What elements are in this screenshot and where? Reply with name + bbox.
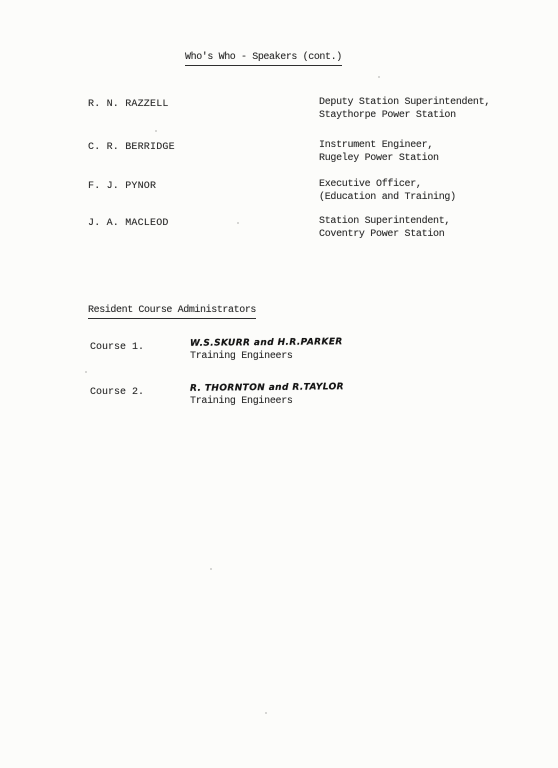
handwritten-names: W.S.SKURR and H.R.PARKER: [190, 337, 343, 349]
role-line-1: Station Superintendent,: [319, 216, 450, 229]
course-role: Training Engineers: [190, 396, 293, 407]
role-line-2: (Education and Training): [319, 192, 456, 205]
scan-speck: [85, 371, 87, 373]
speaker-role: Station Superintendent, Coventry Power S…: [319, 216, 450, 241]
speaker-role: Instrument Engineer, Rugeley Power Stati…: [319, 140, 439, 165]
speaker-role: Executive Officer, (Education and Traini…: [319, 179, 456, 204]
role-line-2: Coventry Power Station: [319, 229, 450, 242]
role-line-1: Deputy Station Superintendent,: [319, 97, 490, 110]
course-row: Course 1. W.S.SKURR and H.R.PARKER Train…: [90, 338, 510, 364]
role-line-2: Staythorpe Power Station: [319, 110, 490, 123]
scan-speck: [265, 712, 267, 714]
course-label: Course 1.: [90, 342, 144, 353]
administrators-heading: Resident Course Administrators: [88, 305, 256, 319]
role-line-1: Instrument Engineer,: [319, 140, 439, 153]
scan-speck: [155, 130, 157, 132]
course-role: Training Engineers: [190, 351, 293, 362]
speaker-name: R. N. RAZZELL: [88, 99, 169, 110]
course-row: Course 2. R. THORNTON and R.TAYLOR Train…: [90, 383, 510, 409]
speaker-role: Deputy Station Superintendent, Staythorp…: [319, 97, 490, 122]
scan-speck: [210, 568, 212, 570]
speaker-name: F. J. PYNOR: [88, 181, 156, 192]
scan-speck: [378, 76, 380, 78]
scan-speck: [237, 222, 239, 224]
role-line-1: Executive Officer,: [319, 179, 456, 192]
course-label: Course 2.: [90, 387, 144, 398]
speaker-name: C. R. BERRIDGE: [88, 142, 175, 153]
document-page: Who's Who - Speakers (cont.) R. N. RAZZE…: [0, 0, 558, 768]
role-line-2: Rugeley Power Station: [319, 153, 439, 166]
speaker-name: J. A. MACLEOD: [88, 218, 169, 229]
page-title: Who's Who - Speakers (cont.): [185, 52, 342, 66]
handwritten-names: R. THORNTON and R.TAYLOR: [190, 382, 344, 394]
